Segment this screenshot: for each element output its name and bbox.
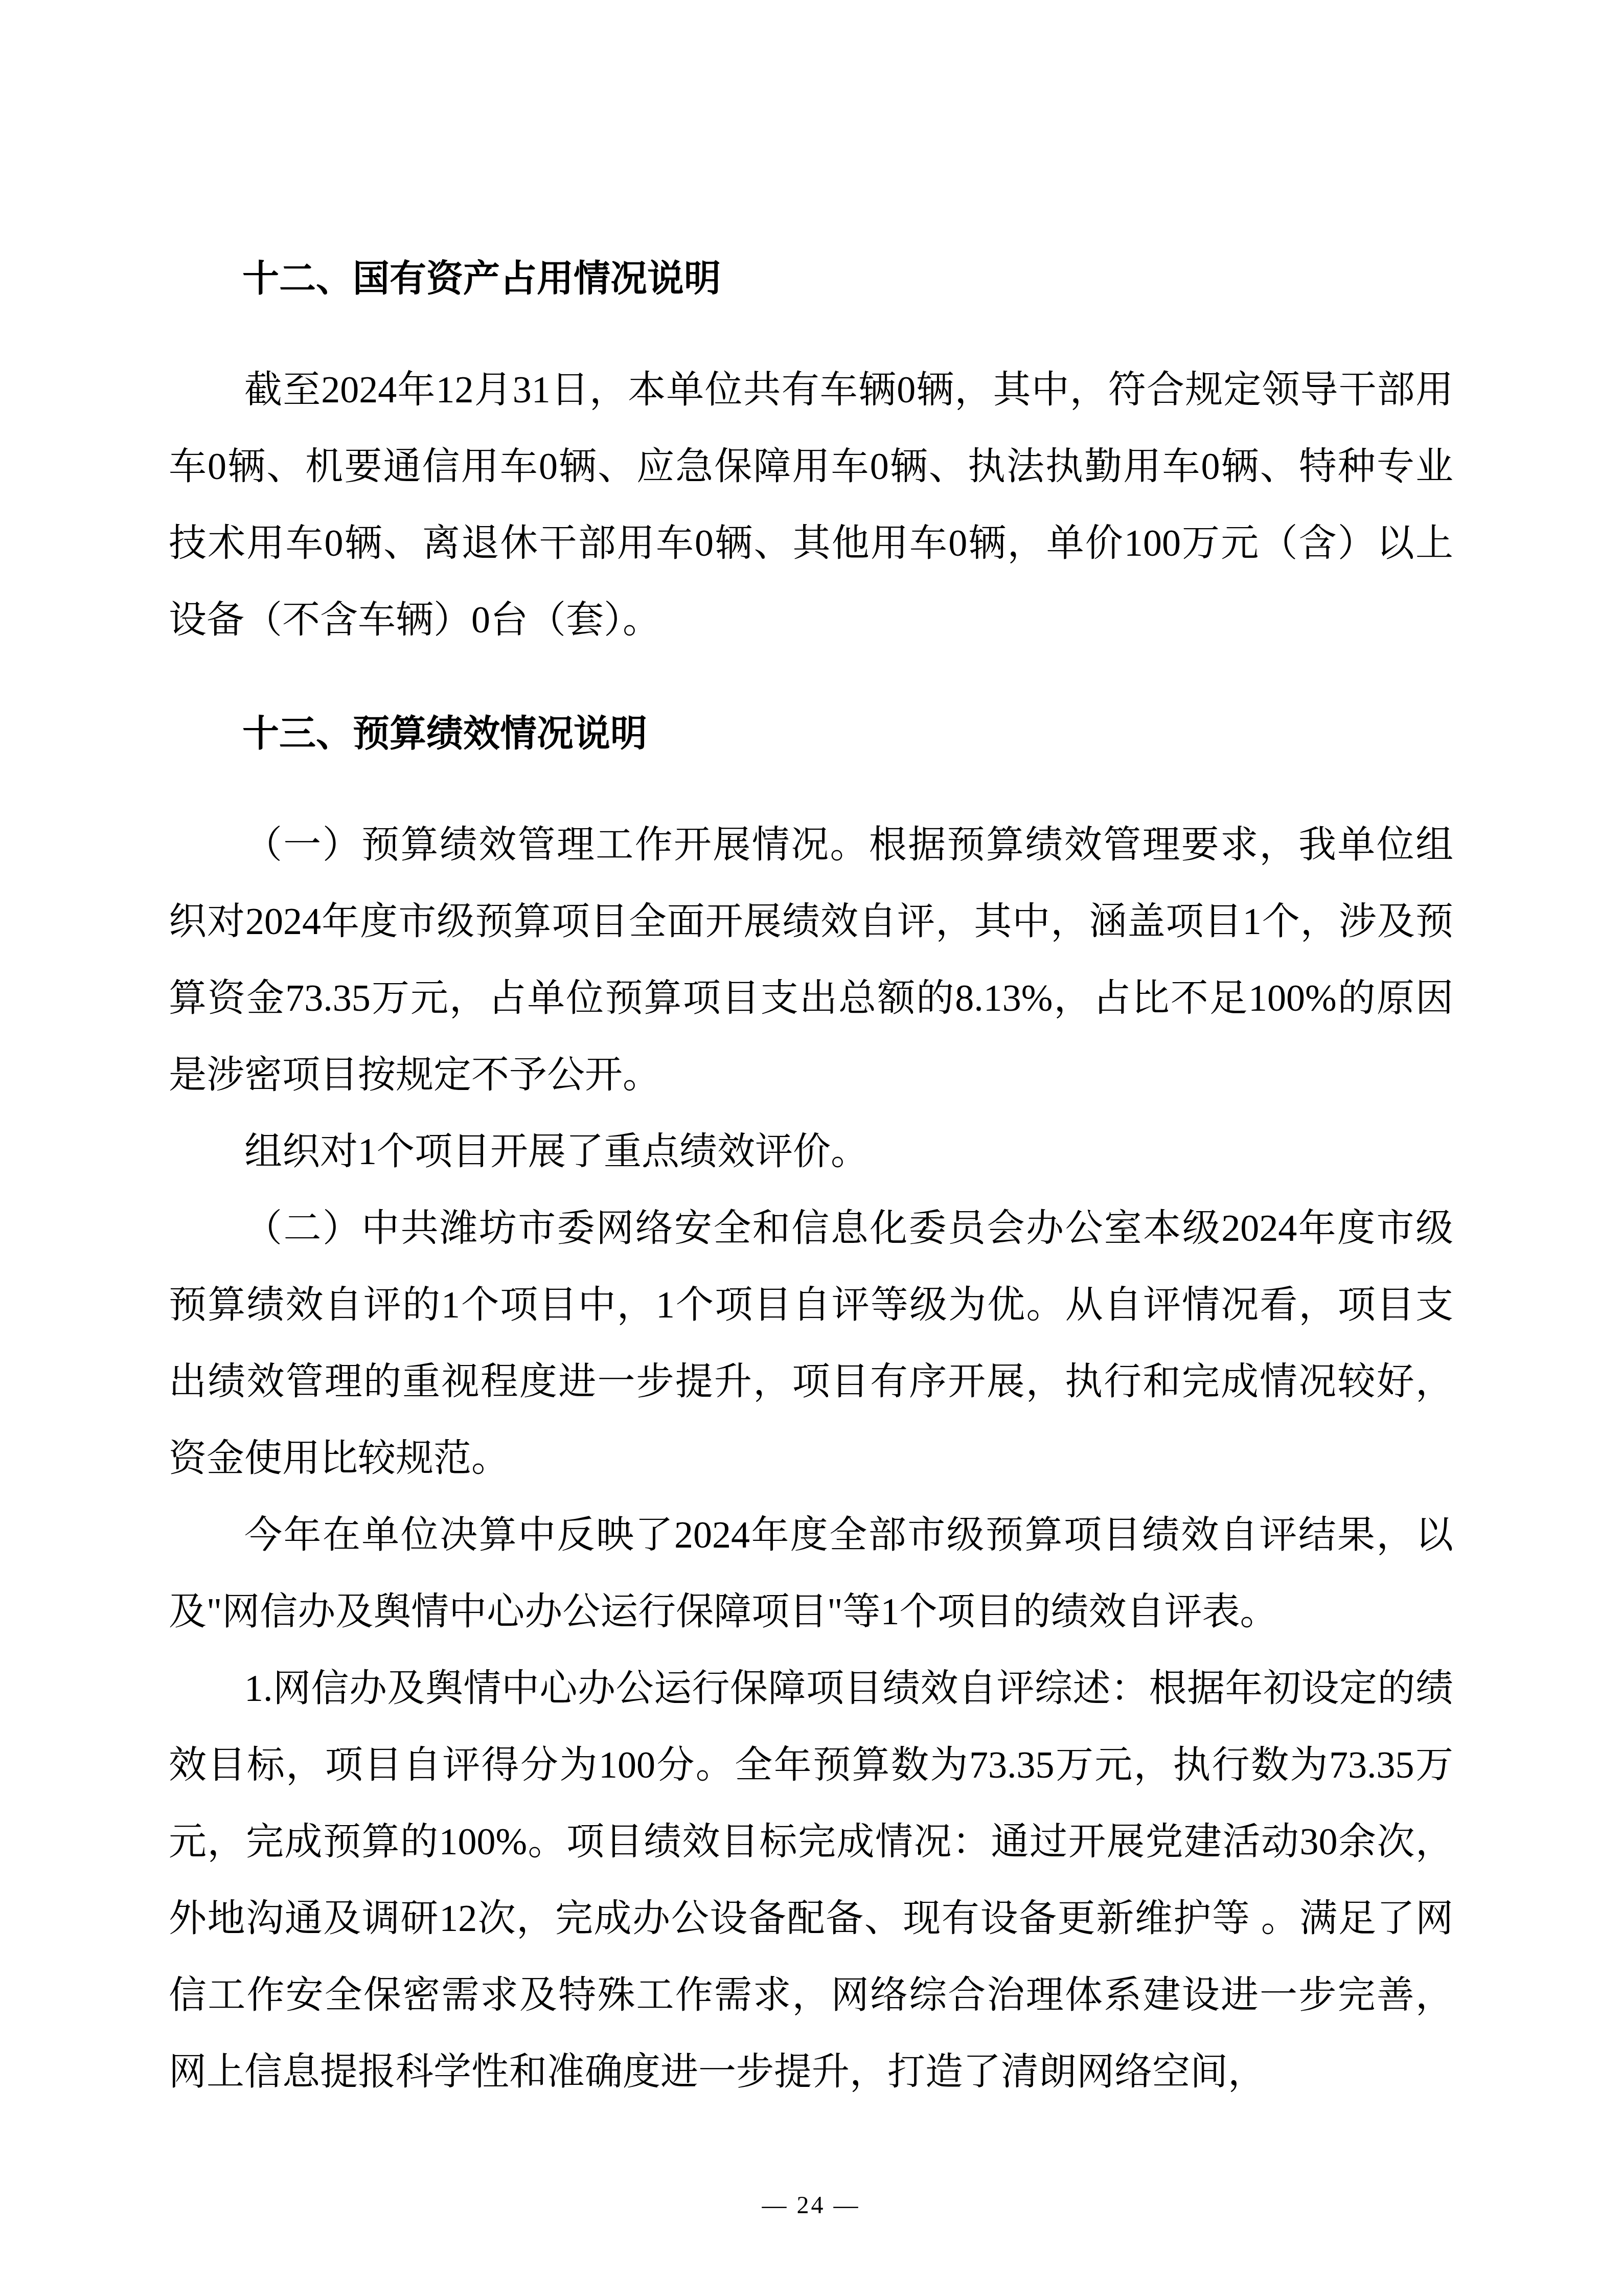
page-number: — 24 — <box>0 2191 1622 2219</box>
document-page: 十二、国有资产占用情况说明 截至2024年12月31日，本单位共有车辆0辆，其中… <box>0 0 1622 2296</box>
section-12-paragraph-vehicles: 截至2024年12月31日，本单位共有车辆0辆，其中，符合规定领导干部用车0辆、… <box>169 352 1453 658</box>
section-12-heading: 十二、国有资产占用情况说明 <box>169 240 1453 317</box>
section-13-paragraph-project-summary: 1.网信办及舆情中心办公运行保障项目绩效自评综述：根据年初设定的绩效目标，项目自… <box>169 1650 1453 2110</box>
section-13-heading: 十三、预算绩效情况说明 <box>169 695 1453 772</box>
section-13-paragraph-evaluation-result: （二）中共潍坊市委网络安全和信息化委员会办公室本级2024年度市级预算绩效自评的… <box>169 1190 1453 1497</box>
section-13-paragraph-annual-report: 今年在单位决算中反映了2024年度全部市级预算项目绩效自评结果，以及"网信办及舆… <box>169 1497 1453 1650</box>
section-13-paragraph-key-evaluation: 组织对1个项目开展了重点绩效评价。 <box>169 1113 1453 1190</box>
section-13-paragraph-self-evaluation-overview: （一）预算绩效管理工作开展情况。根据预算绩效管理要求，我单位组织对2024年度市… <box>169 807 1453 1113</box>
